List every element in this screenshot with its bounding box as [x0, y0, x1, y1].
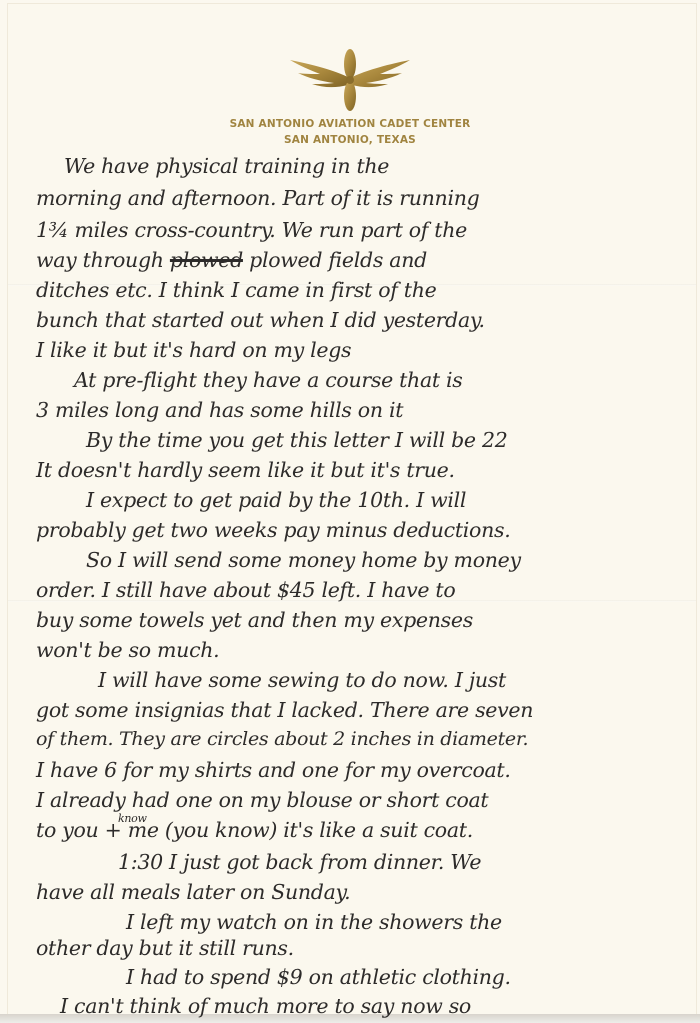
letter-line: ditches etc. I think I came in first of … — [36, 278, 436, 302]
letter-line: I already had one on my blouse or short … — [36, 788, 488, 812]
letter-line: got some insignias that I lacked. There … — [36, 698, 533, 722]
letter-line: morning and afternoon. Part of it is run… — [36, 186, 479, 210]
letter-line: I expect to get paid by the 10th. I will — [86, 488, 466, 512]
letter-line: probably get two weeks pay minus deducti… — [36, 518, 510, 542]
letter-line: bunch that started out when I did yester… — [36, 308, 485, 332]
struck-word: plowed — [170, 248, 243, 272]
letter-line: I left my watch on in the showers the — [126, 910, 502, 934]
letter-line: have all meals later on Sunday. — [36, 880, 350, 904]
letter-line: It doesn't hardly seem like it but it's … — [36, 458, 455, 482]
letter-body: We have physical training in the morning… — [0, 0, 700, 1023]
letter-line: I have 6 for my shirts and one for my ov… — [36, 758, 511, 782]
letter-line: I like it but it's hard on my legs — [36, 338, 351, 362]
letter-line: to you + me (you know) it's like a suit … — [36, 818, 473, 842]
letter-line: other day but it still runs. — [36, 936, 294, 960]
line-text: way through — [36, 248, 170, 272]
letter-line: We have physical training in the — [64, 154, 389, 178]
letter-line: order. I still have about $45 left. I ha… — [36, 578, 455, 602]
letter-line: 3 miles long and has some hills on it — [36, 398, 403, 422]
letter-line: By the time you get this letter I will b… — [86, 428, 507, 452]
line-text: plowed fields and — [243, 248, 427, 272]
letter-line: I can't think of much more to say now so — [60, 994, 471, 1018]
letter-line: At pre-flight they have a course that is — [74, 368, 463, 392]
letter-line: I had to spend $9 on athletic clothing. — [126, 965, 511, 989]
letter-line: So I will send some money home by money — [86, 548, 521, 572]
letter-line: way through plowed plowed fields and — [36, 248, 427, 272]
letter-line: I will have some sewing to do now. I jus… — [98, 668, 506, 692]
letter-line: 1¾ miles cross-country. We run part of t… — [36, 218, 467, 242]
letter-line: of them. They are circles about 2 inches… — [36, 728, 528, 750]
letter-line: 1:30 I just got back from dinner. We — [118, 850, 481, 874]
letter-line: won't be so much. — [36, 638, 219, 662]
letter-line: buy some towels yet and then my expenses — [36, 608, 473, 632]
